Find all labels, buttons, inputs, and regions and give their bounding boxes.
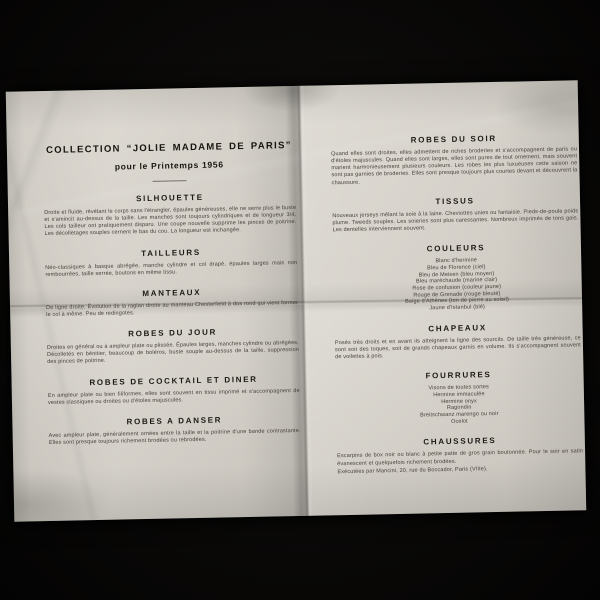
section-heading: FOURRURES (335, 368, 581, 382)
section-heading: ROBES DU JOUR (47, 326, 299, 340)
document-subtitle: pour le Printemps 1956 (43, 158, 295, 173)
section-heading: ROBES DU SOIR (331, 132, 577, 146)
section-heading: COULEURS (333, 241, 579, 255)
section-body: De ligne droite. Évolution de la raglan … (46, 300, 298, 319)
section-body: Quand elles sont droites, elles admetten… (331, 146, 578, 187)
left-page-column: COLLECTION “JOLIE MADAME DE PARIS” pour … (43, 140, 301, 447)
section-fourrures: FOURRURES Visons de toutes sortes Hermin… (335, 368, 582, 427)
section-body: Droite et fluide, révélant le corps sans… (44, 205, 297, 239)
section-heading: SILHOUETTE (44, 191, 296, 205)
section-robes-du-soir: ROBES DU SOIR Quand elles sont droites, … (331, 132, 578, 187)
title-divider (153, 180, 187, 182)
section-heading: TISSUS (332, 194, 578, 208)
section-tissus: TISSUS Nouveaux jerseys mêlant la soie à… (332, 194, 579, 234)
section-robes-du-jour: ROBES DU JOUR Droites en général ou à am… (47, 326, 300, 366)
section-manteaux: MANTEAUX De ligne droite. Évolution de l… (46, 286, 299, 319)
section-chaussures: CHAUSSURES Escarpins de box noir ou blan… (337, 435, 584, 476)
right-page-column: ROBES DU SOIR Quand elles sont droites, … (331, 132, 584, 476)
section-chapeaux: CHAPEAUX Posés très droits et en avant i… (335, 321, 582, 361)
color-list: Blanc d'hermine Bleu de Florence (ciel) … (333, 255, 580, 314)
section-body: Néo-classiques à basque abrégée, manche … (45, 260, 297, 279)
section-heading: CHAPEAUX (335, 321, 581, 335)
section-body: Nouveaux jerseys mêlant la soie à la lai… (332, 208, 578, 234)
section-couleurs: COULEURS Blanc d'hermine Bleu de Florenc… (333, 241, 580, 314)
section-heading: CHAUSSURES (337, 435, 583, 449)
section-robes-a-danser: ROBES A DANSER Avec ampleur plate, génér… (48, 414, 301, 447)
document-title: COLLECTION “JOLIE MADAME DE PARIS” (43, 140, 295, 156)
fur-list: Visons de toutes sortes Hermine immaculé… (336, 382, 583, 427)
section-silhouette: SILHOUETTE Droite et fluide, révélant le… (44, 191, 297, 239)
section-tailleurs: TAILLEURS Néo-classiques à basque abrégé… (45, 246, 298, 279)
press-release-sheet: COLLECTION “JOLIE MADAME DE PARIS” pour … (6, 80, 587, 521)
section-body: Droites en général ou à ampleur plate ou… (47, 340, 299, 366)
section-heading: MANTEAUX (46, 286, 298, 300)
section-robes-cocktail-diner: ROBES DE COCKTAIL ET DINER En ampleur pl… (48, 373, 301, 406)
section-heading: ROBES DE COCKTAIL ET DINER (48, 373, 300, 387)
section-heading: ROBES A DANSER (48, 414, 300, 428)
section-heading: TAILLEURS (45, 246, 297, 260)
section-body: En ampleur plate ou bien filiformes, ell… (48, 387, 300, 406)
section-body: Posés très droits et en avant ils atteig… (335, 335, 581, 361)
section-body: Avec ampleur plate, généralement ornées … (49, 428, 301, 447)
photo-background: COLLECTION “JOLIE MADAME DE PARIS” pour … (0, 0, 600, 600)
